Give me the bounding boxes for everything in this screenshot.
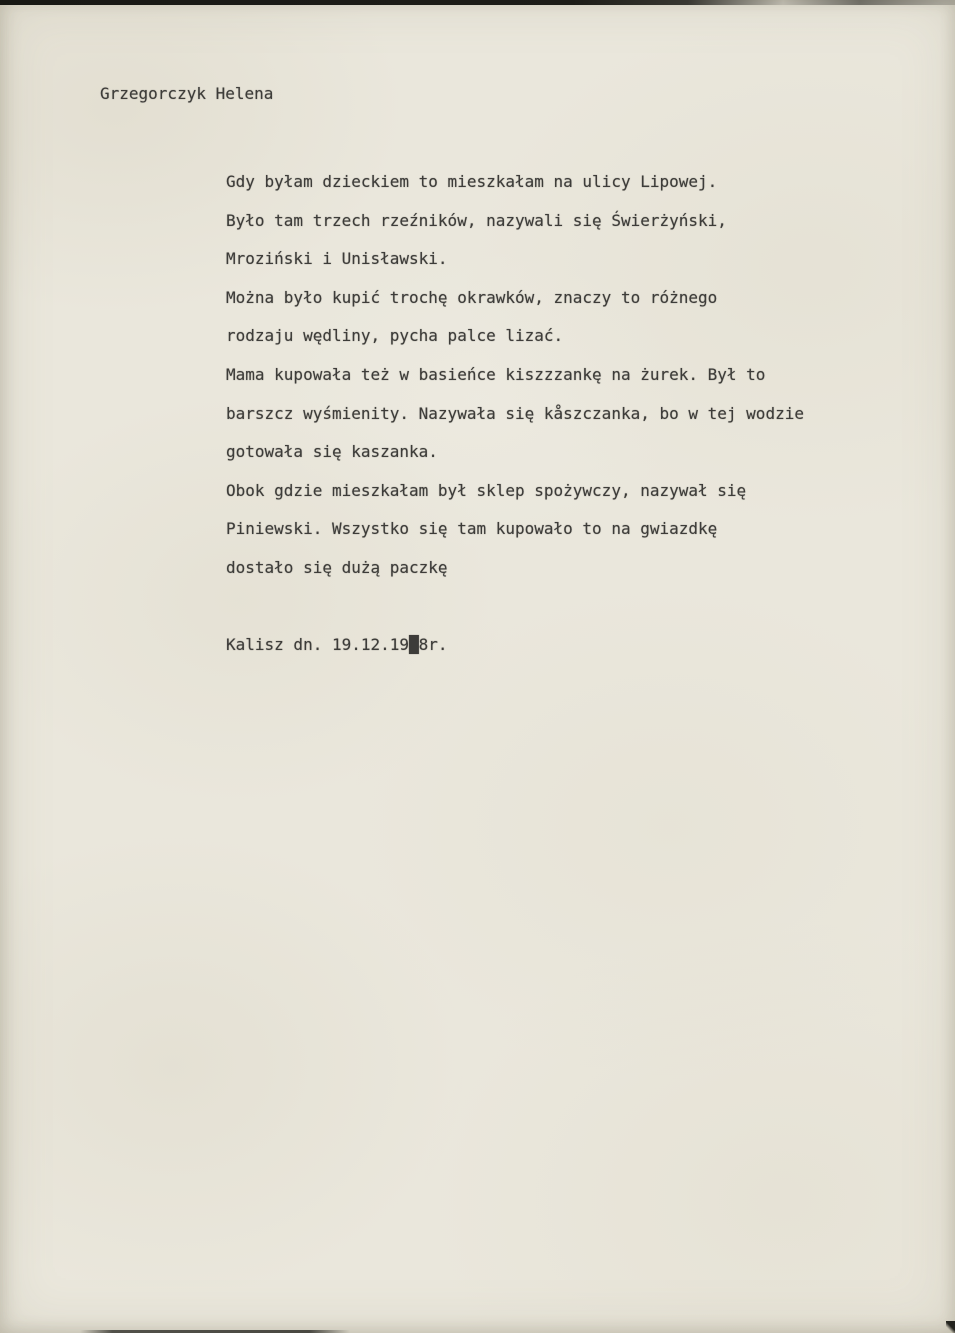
typewritten-line: Piniewski. Wszystko się tam kupowało to … bbox=[226, 510, 804, 549]
scan-edge-top bbox=[0, 0, 955, 5]
typewritten-line: Można było kupić trochę okrawków, znaczy… bbox=[226, 279, 804, 318]
typewritten-line: Gdy byłam dzieckiem to mieszkałam na uli… bbox=[226, 163, 804, 202]
author-name: Grzegorczyk Helena bbox=[100, 84, 273, 103]
typewritten-line: Obok gdzie mieszkałam był sklep spożywcz… bbox=[226, 472, 804, 511]
typewritten-line: rodzaju wędliny, pycha palce lizać. bbox=[226, 317, 804, 356]
scan-edge-corner bbox=[946, 1321, 955, 1333]
blank-line bbox=[226, 588, 804, 627]
typewritten-line: Mama kupowała też w basieńce kiszzzankę … bbox=[226, 356, 804, 395]
typewritten-line: dostało się dużą paczkę bbox=[226, 549, 804, 588]
date-line: Kalisz dn. 19.12.19█8r. bbox=[226, 626, 804, 665]
letter-body: Gdy byłam dzieckiem to mieszkałam na uli… bbox=[226, 163, 804, 665]
typewritten-line: gotowała się kaszanka. bbox=[226, 433, 804, 472]
typewritten-line: Było tam trzech rzeźników, nazywali się … bbox=[226, 202, 804, 241]
scanned-page: Grzegorczyk Helena Gdy byłam dzieckiem t… bbox=[0, 0, 955, 1333]
typewritten-line: Mroziński i Unisławski. bbox=[226, 240, 804, 279]
typewritten-line: barszcz wyśmienity. Nazywała się kåszcza… bbox=[226, 395, 804, 434]
